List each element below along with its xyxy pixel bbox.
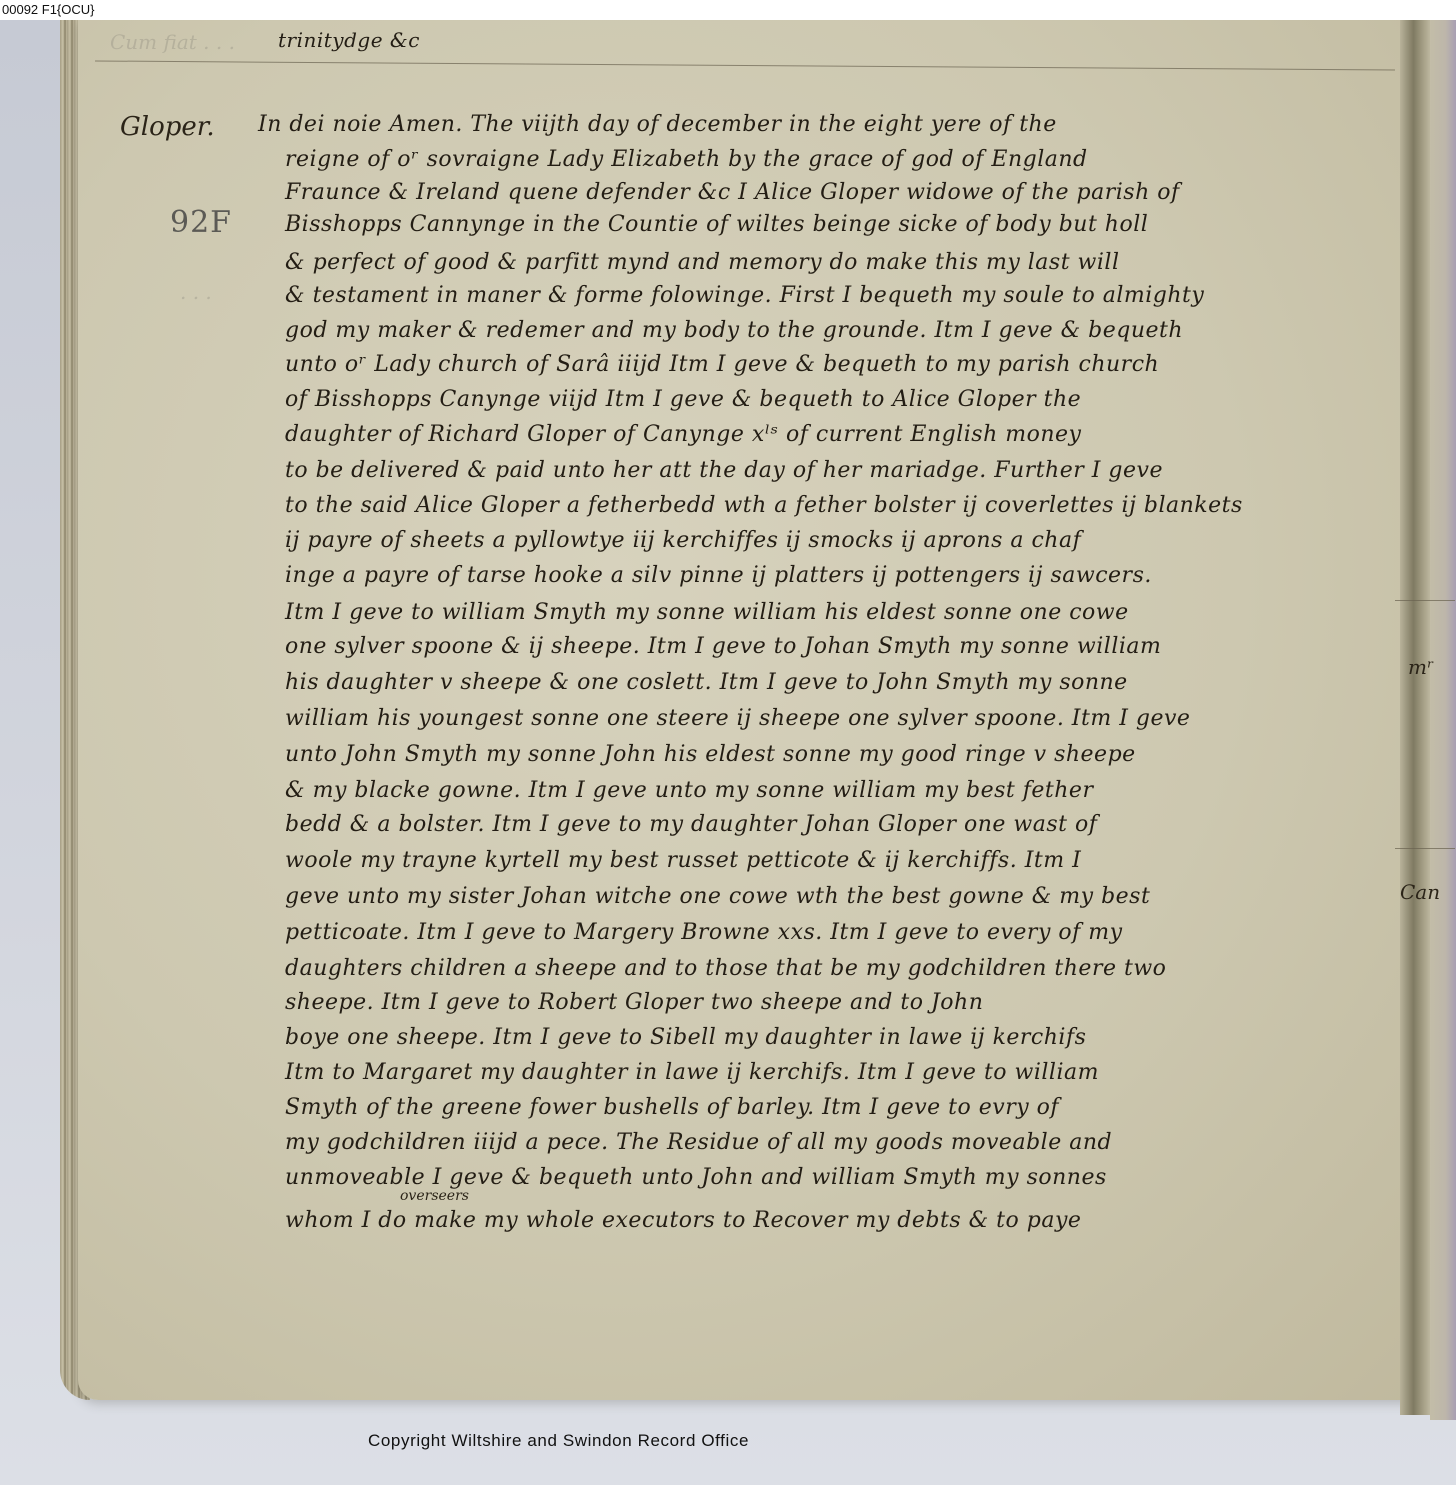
- text-line: boye one sheepe. Itm I geve to Sibell my…: [285, 1025, 1086, 1050]
- folio-number: 92F: [170, 205, 232, 240]
- text-line: Bisshopps Cannynge in the Countie of wil…: [285, 212, 1148, 237]
- text-line: & perfect of good & parfitt mynd and mem…: [285, 250, 1119, 275]
- book-gutter: [1400, 20, 1430, 1415]
- image-id-label: 00092 F1{OCU}: [2, 2, 95, 17]
- text-line: god my maker & redemer and my body to th…: [285, 318, 1183, 343]
- text-line: petticoate. Itm I geve to Margery Browne…: [285, 920, 1123, 945]
- text-line: unto oʳ Lady church of Sarâ iiijd Itm I …: [285, 352, 1159, 377]
- text-line: woole my trayne kyrtell my best russet p…: [285, 848, 1081, 873]
- text-line: daughters children a sheepe and to those…: [285, 956, 1166, 981]
- text-line: william his youngest sonne one steere ij…: [285, 706, 1190, 731]
- text-line: Fraunce & Ireland quene defender &c I Al…: [285, 180, 1180, 205]
- text-line: one sylver spoone & ij sheepe. Itm I gev…: [285, 634, 1161, 659]
- text-line: Smyth of the greene fower bushells of ba…: [285, 1095, 1059, 1120]
- margin-testator-name: Gloper.: [120, 112, 215, 142]
- text-line: bedd & a bolster. Itm I geve to my daugh…: [285, 812, 1097, 837]
- right-margin-note: Can: [1400, 880, 1440, 904]
- text-line: inge a payre of tarse hooke a silv pinne…: [285, 563, 1152, 588]
- text-line: unmoveable I geve & bequeth unto John an…: [285, 1165, 1107, 1190]
- text-line: Itm to Margaret my daughter in lawe ij k…: [285, 1060, 1099, 1085]
- text-line: In dei noie Amen. The viijth day of dece…: [258, 112, 1057, 137]
- text-line: his daughter v sheepe & one coslett. Itm…: [285, 670, 1128, 695]
- ruled-line: [1395, 600, 1455, 601]
- text-line: geve unto my sister Johan witche one cow…: [285, 884, 1150, 909]
- copyright-notice: Copyright Wiltshire and Swindon Record O…: [368, 1431, 749, 1451]
- text-line: daughter of Richard Gloper of Canynge xˡ…: [285, 422, 1081, 447]
- show-through-text: . . .: [180, 280, 212, 304]
- text-line: reigne of oʳ sovraigne Lady Elizabeth by…: [285, 147, 1088, 172]
- show-through-text: Cum fiat . . .: [110, 30, 235, 54]
- right-margin-note: mʳ: [1408, 655, 1434, 679]
- text-line: to the said Alice Gloper a fetherbedd wt…: [285, 493, 1243, 518]
- text-line: of Bisshopps Canynge viijd Itm I geve & …: [285, 387, 1081, 412]
- text-line: sheepe. Itm I geve to Robert Gloper two …: [285, 990, 983, 1015]
- interlinear-note: overseers: [400, 1188, 469, 1204]
- top-fragment: trinitydge &c: [278, 28, 420, 52]
- text-line: Itm I geve to william Smyth my sonne wil…: [285, 600, 1129, 625]
- text-line: my godchildren iiijd a pece. The Residue…: [285, 1130, 1112, 1155]
- text-line: & my blacke gowne. Itm I geve unto my so…: [285, 778, 1093, 803]
- text-line: ij payre of sheets a pyllowtye iij kerch…: [285, 528, 1081, 553]
- text-line: unto John Smyth my sonne John his eldest…: [285, 742, 1136, 767]
- text-line: to be delivered & paid unto her att the …: [285, 458, 1163, 483]
- header-bar: 00092 F1{OCU}: [0, 0, 1456, 20]
- ruled-line: [1395, 848, 1455, 849]
- facing-page: [1430, 20, 1456, 1420]
- text-line: & testament in maner & forme folowinge. …: [285, 283, 1204, 308]
- text-line: whom I do make my whole executors to Rec…: [285, 1208, 1081, 1233]
